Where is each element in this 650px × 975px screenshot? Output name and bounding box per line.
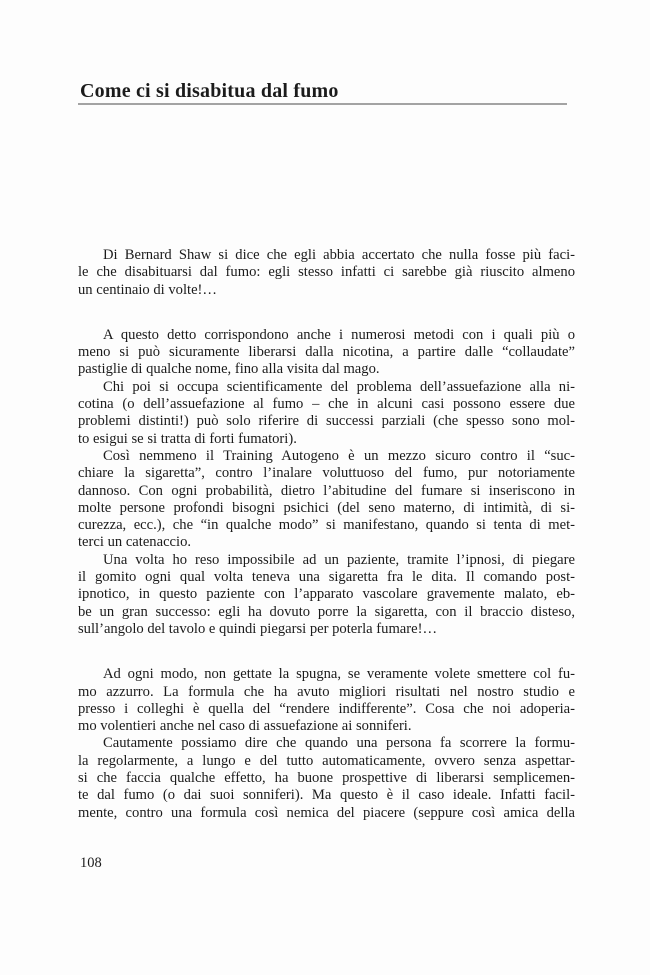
text-line: la regolarmente, a lungo e del tutto aut… <box>78 753 575 770</box>
text-line: il gomito ogni qual volta teneva una sig… <box>78 569 575 586</box>
page-title: Come ci si disabitua dal fumo <box>80 79 339 103</box>
paragraph: Così nemmeno il Training Autogeno è un m… <box>78 448 575 552</box>
text-line: to esigui se si tratta di forti fumatori… <box>78 431 575 448</box>
text-line: le che disabituarsi dal fumo: egli stess… <box>78 264 575 281</box>
page-number: 108 <box>80 855 102 872</box>
text-line: Di Bernard Shaw si dice che egli abbia a… <box>78 247 575 264</box>
text-line: dannoso. Con ogni probabilità, dietro l’… <box>78 483 575 500</box>
text-line: Cautamente possiamo dire che quando una … <box>78 735 575 752</box>
text-line: presso i colleghi è quella del “rendere … <box>78 701 575 718</box>
text-line: mo volentieri anche nel caso di assuefaz… <box>78 718 575 735</box>
text-line: meno si può sicuramente liberarsi dalla … <box>78 344 575 361</box>
text-line: ipnotico, in questo paziente con l’appar… <box>78 586 575 603</box>
text-line: molte persone profondi bisogni psichici … <box>78 500 575 517</box>
text-line: un centinaio di volte!… <box>78 282 575 299</box>
text-line: cotina (o dell’assuefazione al fumo – ch… <box>78 396 575 413</box>
paragraph: A questo detto corrispondono anche i num… <box>78 327 575 379</box>
text-line: Chi poi si occupa scientificamente del p… <box>78 379 575 396</box>
text-line: problemi distinti!) può solo riferire di… <box>78 413 575 430</box>
text-line: mente, contro una formula così nemica de… <box>78 805 575 822</box>
text-line: Ad ogni modo, non gettate la spugna, se … <box>78 666 575 683</box>
title-rule <box>78 103 567 105</box>
text-line: A questo detto corrispondono anche i num… <box>78 327 575 344</box>
text-line: Così nemmeno il Training Autogeno è un m… <box>78 448 575 465</box>
paragraph: Cautamente possiamo dire che quando una … <box>78 735 575 821</box>
text-line: mo azzurro. La formula che ha avuto migl… <box>78 684 575 701</box>
paragraph: Una volta ho reso impossibile ad un pazi… <box>78 552 575 638</box>
book-page: Come ci si disabitua dal fumo Di Bernard… <box>0 0 650 975</box>
text-line: si che faccia qualche effetto, ha buone … <box>78 770 575 787</box>
text-line: te dal fumo (o dai suoi sonniferi). Ma q… <box>78 787 575 804</box>
paragraph: Chi poi si occupa scientificamente del p… <box>78 379 575 448</box>
text-line: pastiglie di qualche nome, fino alla vis… <box>78 361 575 378</box>
text-line: sull’angolo del tavolo e quindi piegarsi… <box>78 621 575 638</box>
paragraph: Ad ogni modo, non gettate la spugna, se … <box>78 666 575 735</box>
text-line: terci un catenaccio. <box>78 534 575 551</box>
text-line: Una volta ho reso impossibile ad un pazi… <box>78 552 575 569</box>
text-line: chiare la sigaretta”, contro l’inalare v… <box>78 465 575 482</box>
text-line: curezza, ecc.), che “in qualche modo” si… <box>78 517 575 534</box>
body-text: Di Bernard Shaw si dice che egli abbia a… <box>78 247 575 822</box>
text-line: be un gran successo: egli ha dovuto porr… <box>78 604 575 621</box>
paragraph: Di Bernard Shaw si dice che egli abbia a… <box>78 247 575 299</box>
